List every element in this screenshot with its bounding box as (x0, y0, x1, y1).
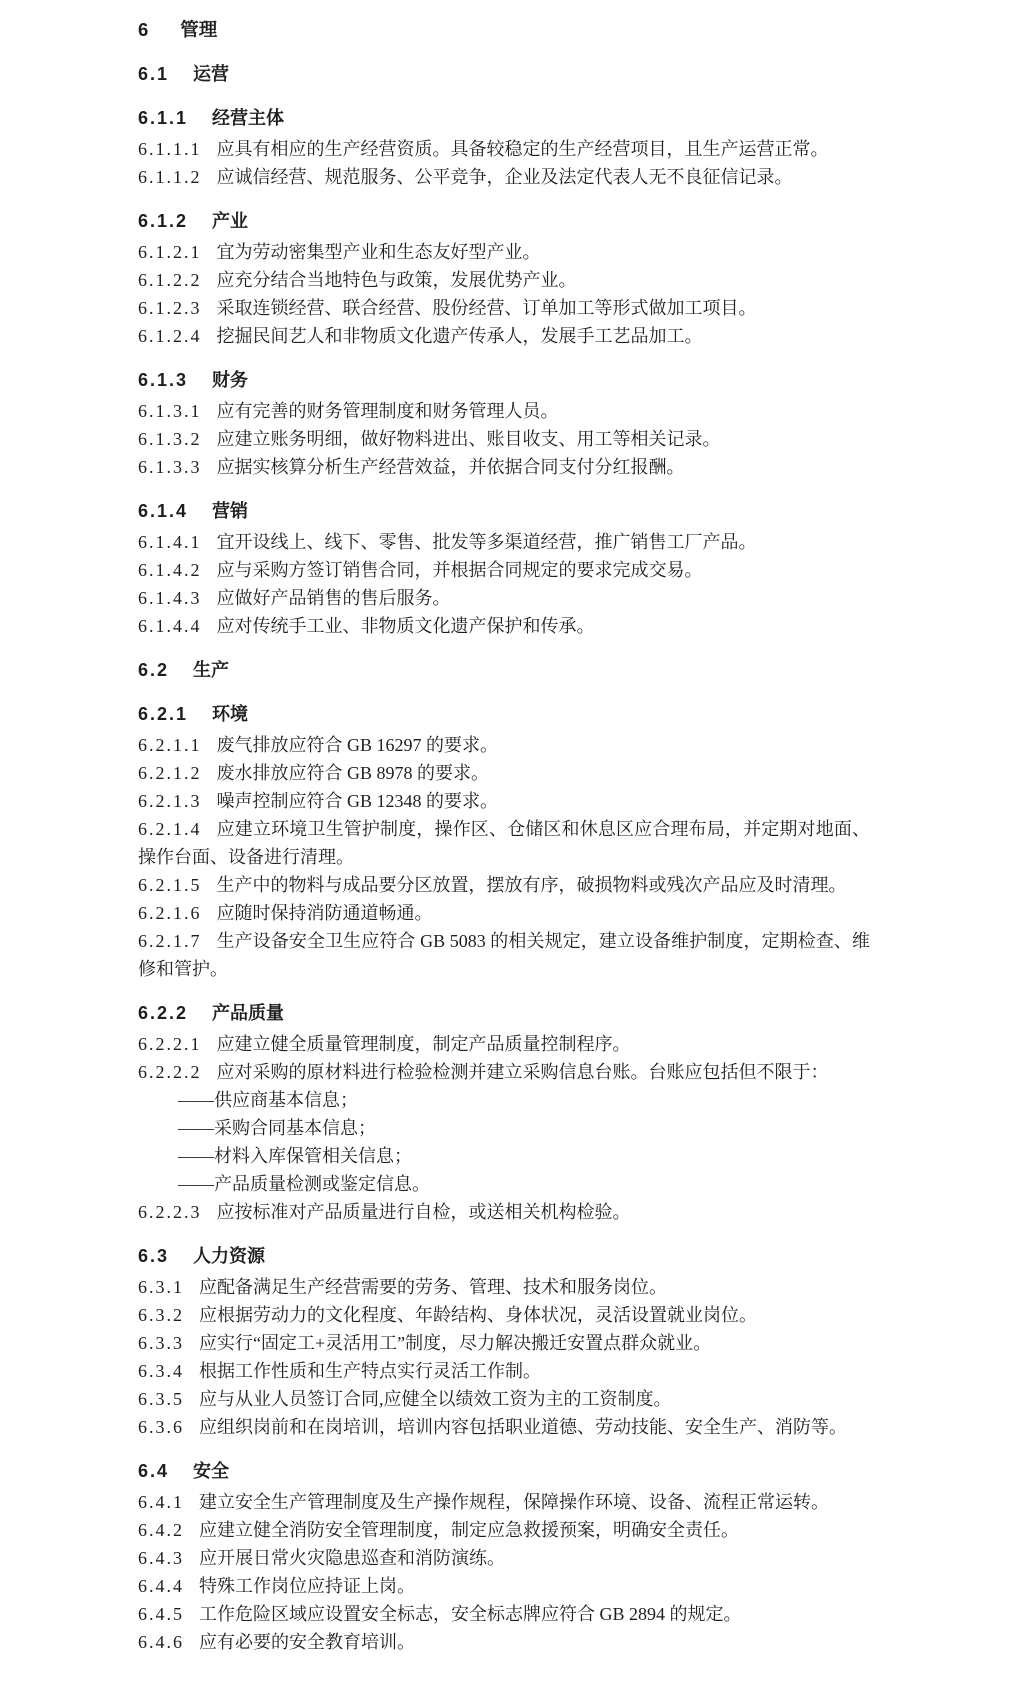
document-content: 6管理6.1运营6.1.1经营主体6.1.1.1应具有相应的生产经营资质。具备较… (138, 16, 870, 1656)
clause: 6.1.1.2应诚信经营、规范服务、公平竞争，企业及法定代表人无不良征信记录。 (138, 163, 870, 191)
clause-text: 噪声控制应符合 GB 12348 的要求。 (217, 791, 499, 811)
clause: 6.1.2.4挖掘民间艺人和非物质文化遗产传承人，发展手工艺品加工。 (138, 322, 870, 350)
clause-text: 应诚信经营、规范服务、公平竞争，企业及法定代表人无不良征信记录。 (217, 167, 793, 187)
clause-text: 应具有相应的生产经营资质。具备较稳定的生产经营项目，且生产运营正常。 (217, 139, 829, 159)
heading-number: 6.4 (138, 1461, 169, 1481)
clause-text: 根据工作性质和生产特点实行灵活工作制。 (199, 1361, 541, 1381)
heading-title: 生产 (193, 660, 229, 680)
clause-number: 6.3.6 (138, 1417, 184, 1437)
clause-number: 6.3.3 (138, 1333, 184, 1353)
clause-text: 生产中的物料与成品要分区放置，摆放有序，破损物料或残次产品应及时清理。 (217, 875, 847, 895)
clause-text: 应充分结合当地特色与政策，发展优势产业。 (217, 270, 577, 290)
heading-number: 6.3 (138, 1246, 169, 1266)
heading-number: 6.1.3 (138, 370, 188, 390)
clause-number: 6.1.2.4 (138, 326, 202, 346)
heading-title: 经营主体 (212, 108, 284, 128)
dash-list-item: ——产品质量检测或鉴定信息。 (138, 1170, 870, 1198)
dash-list-item: ——采购合同基本信息； (138, 1114, 870, 1142)
heading-title: 人力资源 (193, 1246, 265, 1266)
clause: 6.3.4根据工作性质和生产特点实行灵活工作制。 (138, 1357, 870, 1385)
clause-number: 6.1.3.3 (138, 457, 202, 477)
clause: 6.3.3应实行“固定工+灵活用工”制度，尽力解决搬迁安置点群众就业。 (138, 1329, 870, 1357)
clause-text: 应实行“固定工+灵活用工”制度，尽力解决搬迁安置点群众就业。 (199, 1333, 711, 1353)
heading-title: 营销 (212, 501, 248, 521)
clause-text: 应配备满足生产经营需要的劳务、管理、技术和服务岗位。 (199, 1277, 667, 1297)
clause-number: 6.4.3 (138, 1548, 184, 1568)
clause-text: 废水排放应符合 GB 8978 的要求。 (217, 763, 490, 783)
heading-title: 环境 (212, 704, 248, 724)
heading-number: 6.1.1 (138, 108, 188, 128)
clause-text: 宜为劳动密集型产业和生态友好型产业。 (217, 242, 541, 262)
heading-title: 管理 (180, 19, 217, 40)
clause-text: 应做好产品销售的售后服务。 (217, 588, 451, 608)
clause-number: 6.4.5 (138, 1604, 184, 1624)
clause-text: 特殊工作岗位应持证上岗。 (199, 1576, 415, 1596)
clause-number: 6.3.5 (138, 1389, 184, 1409)
clause: 6.2.2.1应建立健全质量管理制度，制定产品质量控制程序。 (138, 1030, 870, 1058)
clause-number: 6.2.1.4 (138, 819, 202, 839)
clause: 6.1.3.3应据实核算分析生产经营效益，并依据合同支付分红报酬。 (138, 453, 870, 481)
clause: 6.3.1应配备满足生产经营需要的劳务、管理、技术和服务岗位。 (138, 1273, 870, 1301)
clause: 6.1.4.1宜开设线上、线下、零售、批发等多渠道经营，推广销售工厂产品。 (138, 528, 870, 556)
heading-title: 运营 (193, 64, 229, 84)
clause-text: 应据实核算分析生产经营效益，并依据合同支付分红报酬。 (217, 457, 685, 477)
clause: 6.1.4.3应做好产品销售的售后服务。 (138, 584, 870, 612)
clause: 6.2.1.6应随时保持消防通道畅通。 (138, 899, 870, 927)
clause: 6.1.4.4应对传统手工业、非物质文化遗产保护和传承。 (138, 612, 870, 640)
clause-text: 应有必要的安全教育培训。 (199, 1632, 415, 1652)
heading-number: 6.2.2 (138, 1003, 188, 1023)
clause-text: 应组织岗前和在岗培训，培训内容包括职业道德、劳动技能、安全生产、消防等。 (199, 1417, 847, 1437)
section-heading: 6.3人力资源 (138, 1242, 870, 1270)
clause-number: 6.2.2.2 (138, 1062, 202, 1082)
clause-text: 工作危险区域应设置安全标志，安全标志牌应符合 GB 2894 的规定。 (199, 1604, 742, 1624)
clause: 6.2.1.5生产中的物料与成品要分区放置，摆放有序，破损物料或残次产品应及时清… (138, 871, 870, 899)
clause-number: 6.2.1.3 (138, 791, 202, 811)
clause-number: 6.2.2.3 (138, 1202, 202, 1222)
subsection-heading: 6.1.2产业 (138, 207, 870, 235)
clause: 6.3.6应组织岗前和在岗培训，培训内容包括职业道德、劳动技能、安全生产、消防等… (138, 1413, 870, 1441)
clause-number: 6.1.3.1 (138, 401, 202, 421)
heading-number: 6.1.4 (138, 501, 188, 521)
heading-number: 6.1 (138, 64, 169, 84)
clause-text: 应根据劳动力的文化程度、年龄结构、身体状况，灵活设置就业岗位。 (199, 1305, 757, 1325)
clause: 6.3.5应与从业人员签订合同,应健全以绩效工资为主的工资制度。 (138, 1385, 870, 1413)
clause-number: 6.1.4.2 (138, 560, 202, 580)
clause: 6.4.5工作危险区域应设置安全标志，安全标志牌应符合 GB 2894 的规定。 (138, 1600, 870, 1628)
clause-text: 废气排放应符合 GB 16297 的要求。 (217, 735, 499, 755)
clause-text: 应建立账务明细，做好物料进出、账目收支、用工等相关记录。 (217, 429, 721, 449)
clause-text: 应有完善的财务管理制度和财务管理人员。 (217, 401, 559, 421)
clause-text: 挖掘民间艺人和非物质文化遗产传承人，发展手工艺品加工。 (217, 326, 703, 346)
clause-text: 建立安全生产管理制度及生产操作规程，保障操作环境、设备、流程正常运转。 (199, 1492, 829, 1512)
clause-text: 采取连锁经营、联合经营、股份经营、订单加工等形式做加工项目。 (217, 298, 757, 318)
clause-number: 6.1.4.3 (138, 588, 202, 608)
section-heading: 6.4安全 (138, 1457, 870, 1485)
subsection-heading: 6.1.4营销 (138, 497, 870, 525)
clause: 6.2.1.1废气排放应符合 GB 16297 的要求。 (138, 731, 870, 759)
clause: 6.3.2应根据劳动力的文化程度、年龄结构、身体状况，灵活设置就业岗位。 (138, 1301, 870, 1329)
clause-number: 6.2.1.2 (138, 763, 202, 783)
clause: 6.2.1.3噪声控制应符合 GB 12348 的要求。 (138, 787, 870, 815)
clause-number: 6.2.1.5 (138, 875, 202, 895)
clause-text: 生产设备安全卫生应符合 GB 5083 的相关规定，建立设备维护制度，定期检查、… (138, 931, 870, 979)
heading-title: 产品质量 (212, 1003, 284, 1023)
clause: 6.1.2.2应充分结合当地特色与政策，发展优势产业。 (138, 266, 870, 294)
clause-number: 6.4.2 (138, 1520, 184, 1540)
clause-number: 6.3.1 (138, 1277, 184, 1297)
dash-item-text: ——供应商基本信息； (178, 1090, 358, 1110)
clause: 6.2.1.4应建立环境卫生管护制度，操作区、仓储区和休息区应合理布局，并定期对… (138, 815, 870, 871)
clause-text: 应建立健全消防安全管理制度，制定应急救援预案，明确安全责任。 (199, 1520, 739, 1540)
dash-item-text: ——采购合同基本信息； (178, 1118, 376, 1138)
heading-number: 6 (138, 19, 150, 40)
clause-number: 6.2.1.1 (138, 735, 202, 755)
clause-text: 应与采购方签订销售合同，并根据合同规定的要求完成交易。 (217, 560, 703, 580)
section-heading: 6.2生产 (138, 656, 870, 684)
clause: 6.4.2应建立健全消防安全管理制度，制定应急救援预案，明确安全责任。 (138, 1516, 870, 1544)
clause-number: 6.4.4 (138, 1576, 184, 1596)
clause-number: 6.1.4.4 (138, 616, 202, 636)
clause-number: 6.1.1.1 (138, 139, 202, 159)
heading-number: 6.2.1 (138, 704, 188, 724)
subsection-heading: 6.1.3财务 (138, 366, 870, 394)
chapter-heading: 6管理 (138, 16, 870, 44)
clause-number: 6.1.4.1 (138, 532, 202, 552)
dash-list-item: ——材料入库保管相关信息； (138, 1142, 870, 1170)
clause-text: 应对采购的原材料进行检验检测并建立采购信息台账。台账应包括但不限于： (217, 1062, 829, 1082)
clause: 6.2.2.3应按标准对产品质量进行自检，或送相关机构检验。 (138, 1198, 870, 1226)
clause: 6.4.1建立安全生产管理制度及生产操作规程，保障操作环境、设备、流程正常运转。 (138, 1488, 870, 1516)
clause-number: 6.4.1 (138, 1492, 184, 1512)
clause: 6.1.2.3采取连锁经营、联合经营、股份经营、订单加工等形式做加工项目。 (138, 294, 870, 322)
document-page: 6管理6.1运营6.1.1经营主体6.1.1.1应具有相应的生产经营资质。具备较… (0, 0, 1028, 1691)
clause-text: 应对传统手工业、非物质文化遗产保护和传承。 (217, 616, 595, 636)
clause-number: 6.2.2.1 (138, 1034, 202, 1054)
heading-title: 财务 (212, 370, 248, 390)
clause: 6.1.3.1应有完善的财务管理制度和财务管理人员。 (138, 397, 870, 425)
clause: 6.4.4特殊工作岗位应持证上岗。 (138, 1572, 870, 1600)
heading-number: 6.2 (138, 660, 169, 680)
clause-number: 6.2.1.7 (138, 931, 202, 951)
clause-number: 6.1.1.2 (138, 167, 202, 187)
clause: 6.4.3应开展日常火灾隐患巡查和消防演练。 (138, 1544, 870, 1572)
heading-title: 安全 (193, 1461, 229, 1481)
clause-text: 应随时保持消防通道畅通。 (217, 903, 433, 923)
dash-list-item: ——供应商基本信息； (138, 1086, 870, 1114)
clause-text: 应按标准对产品质量进行自检，或送相关机构检验。 (217, 1202, 631, 1222)
subsection-heading: 6.2.2产品质量 (138, 999, 870, 1027)
clause-number: 6.1.2.3 (138, 298, 202, 318)
subsection-heading: 6.2.1环境 (138, 700, 870, 728)
clause-number: 6.1.2.2 (138, 270, 202, 290)
clause-number: 6.3.2 (138, 1305, 184, 1325)
heading-number: 6.1.2 (138, 211, 188, 231)
clause: 6.1.2.1宜为劳动密集型产业和生态友好型产业。 (138, 238, 870, 266)
clause-number: 6.1.3.2 (138, 429, 202, 449)
clause: 6.2.1.2废水排放应符合 GB 8978 的要求。 (138, 759, 870, 787)
clause-text: 应建立环境卫生管护制度，操作区、仓储区和休息区应合理布局，并定期对地面、操作台面… (138, 819, 870, 867)
clause: 6.1.1.1应具有相应的生产经营资质。具备较稳定的生产经营项目，且生产运营正常… (138, 135, 870, 163)
clause-number: 6.1.2.1 (138, 242, 202, 262)
heading-title: 产业 (212, 211, 248, 231)
dash-item-text: ——材料入库保管相关信息； (178, 1146, 412, 1166)
section-heading: 6.1运营 (138, 60, 870, 88)
clause: 6.2.1.7生产设备安全卫生应符合 GB 5083 的相关规定，建立设备维护制… (138, 927, 870, 983)
clause-text: 应开展日常火灾隐患巡查和消防演练。 (199, 1548, 505, 1568)
clause: 6.1.4.2应与采购方签订销售合同，并根据合同规定的要求完成交易。 (138, 556, 870, 584)
clause-number: 6.3.4 (138, 1361, 184, 1381)
dash-item-text: ——产品质量检测或鉴定信息。 (178, 1174, 430, 1194)
clause-text: 宜开设线上、线下、零售、批发等多渠道经营，推广销售工厂产品。 (217, 532, 757, 552)
clause-text: 应与从业人员签订合同,应健全以绩效工资为主的工资制度。 (199, 1389, 672, 1409)
subsection-heading: 6.1.1经营主体 (138, 104, 870, 132)
clause-text: 应建立健全质量管理制度，制定产品质量控制程序。 (217, 1034, 631, 1054)
clause: 6.4.6应有必要的安全教育培训。 (138, 1628, 870, 1656)
clause-number: 6.4.6 (138, 1632, 184, 1652)
clause: 6.1.3.2应建立账务明细，做好物料进出、账目收支、用工等相关记录。 (138, 425, 870, 453)
clause: 6.2.2.2应对采购的原材料进行检验检测并建立采购信息台账。台账应包括但不限于… (138, 1058, 870, 1086)
clause-number: 6.2.1.6 (138, 903, 202, 923)
